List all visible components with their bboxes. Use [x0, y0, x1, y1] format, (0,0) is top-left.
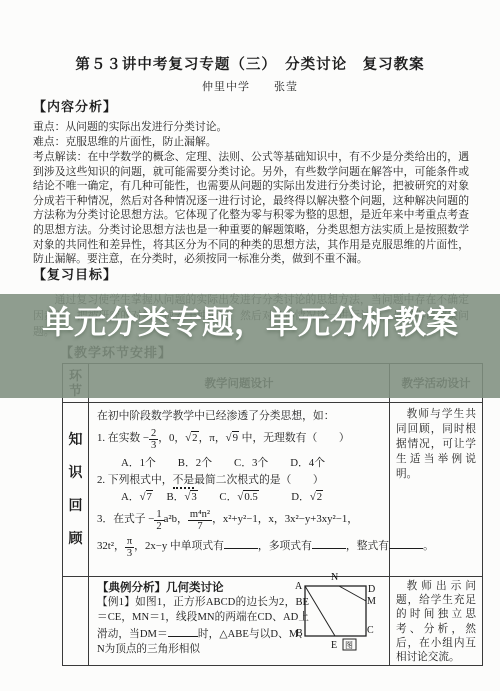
fill-in-blank	[224, 537, 258, 549]
label-N: N	[331, 572, 338, 583]
lesson-plan-document: 第５３讲中考复习专题（三） 分类讨论 复习教案 仲里中学 张莹 【内容分析】 重…	[0, 0, 500, 691]
question-line: 2. 下列根式中，不是最简二次根式的是（ ）	[97, 472, 381, 488]
watermark-text: 单元分类专题，单元分析教案	[0, 297, 500, 343]
stage-cell: 知识回顾	[63, 403, 89, 577]
text-segment: 2. 下列根式中，	[97, 474, 173, 486]
text-segment: ，2x−y 中单项式有	[134, 540, 224, 552]
question-line: 32t²，π3，2x−y 中单项式有，多项式有，整式有。	[97, 536, 381, 559]
difficulty-line: 难点：克服思维的片面性，防止漏解。	[33, 135, 469, 150]
stage-char: 知	[69, 424, 83, 457]
stage-cell-empty	[63, 577, 89, 666]
key-point-line: 重点：从问题的实际出发进行分类讨论。	[33, 120, 469, 135]
text-segment: ，0，	[158, 432, 185, 444]
fill-in-blank	[168, 625, 198, 637]
fraction: 23	[149, 428, 158, 451]
question-line: A．1个B．2个C．3个D．4个	[97, 455, 381, 471]
text-segment: 在初中阶段数学教学中已经渗透了分类思想，如：	[97, 410, 335, 422]
text-segment: 最简二次根式的是（ ）	[194, 474, 324, 486]
fraction: π3	[125, 536, 134, 559]
emphasized-text: 不是	[173, 474, 195, 489]
example-body: 【例1】如图1，正方形ABCD的边长为2，BE＝CE，MN＝1，线段MN的两端在…	[97, 596, 309, 657]
square-root: √2	[185, 431, 198, 444]
text-segment: ，x²+y²−1，x，3x²−y+3xy²−1，	[212, 513, 358, 525]
square-root: √9	[226, 431, 239, 444]
text-segment: a²b，	[164, 513, 188, 525]
question-lines: 在初中阶段数学教学中已经渗透了分类思想，如：1. 在实数 −23，0，√2，π，…	[97, 408, 381, 559]
segment-AE	[305, 586, 335, 636]
text-segment: ，π，	[199, 432, 226, 444]
question-line: 1. 在实数 −23，0，√2，π，√9 中，无理数有（ ）	[97, 428, 381, 451]
label-E: E	[331, 640, 337, 651]
fraction: m⁴n²7	[188, 509, 212, 532]
square-root: √0.5	[237, 490, 258, 503]
text-segment: D．4个	[290, 457, 325, 469]
segment-NM	[339, 586, 366, 601]
fill-in-blank	[312, 537, 346, 549]
label-D: D	[368, 584, 375, 595]
stage-char: 顾	[69, 523, 83, 556]
heading-review-goal: 【复习目标】	[33, 264, 117, 283]
text-segment: B．	[153, 491, 185, 503]
square-root: √2	[310, 490, 323, 503]
geometry-figure: A N D M B C E 图	[293, 569, 387, 655]
text-segment: A．	[121, 491, 140, 503]
text-segment: 3．在式子 −	[97, 513, 154, 525]
fraction: 12	[154, 509, 163, 532]
image-placeholder-glyph: 图	[345, 641, 353, 650]
fill-in-blank	[389, 537, 423, 549]
heading-content-analysis: 【内容分析】	[33, 96, 117, 115]
text-segment: 中，无理数有（ ）	[239, 432, 350, 444]
table-row-knowledge-review: 知识回顾 在初中阶段数学教学中已经渗透了分类思想，如：1. 在实数 −23，0，…	[63, 403, 483, 577]
text-segment: 。	[423, 540, 434, 552]
text-segment: ，整式有	[346, 540, 389, 552]
square-ABCD	[305, 586, 366, 636]
text-segment: A．1个	[121, 457, 156, 469]
stage-char: 回	[69, 490, 83, 523]
document-subtitle: 仲里中学 张莹	[0, 78, 500, 94]
text-segment: D．	[259, 491, 310, 503]
question-line: 3．在式子 −12a²b，m⁴n²7，x²+y²−1，x，3x²−y+3xy²−…	[97, 509, 381, 532]
text-segment: C．3个	[234, 457, 268, 469]
teaching-plan-table: 环节 教学问题设计 教学活动设计 知识回顾 在初中阶段数学教学中已经渗透了分类思…	[62, 363, 483, 666]
activity-cell: 教师与学生共同回顾，同时根据情况，可让学生适当举例说明。	[390, 403, 483, 577]
label-B: B	[296, 628, 303, 639]
label-M: M	[367, 596, 376, 607]
document-title: 第５３讲中考复习专题（三） 分类讨论 复习教案	[0, 53, 500, 74]
stage-char: 识	[69, 457, 83, 490]
square-root: √7	[140, 490, 153, 503]
activity-text: 教师与学生共同回顾，同时根据情况，可让学生适当举例说明。	[396, 407, 476, 482]
activity-text: 教师出示问题，给学生充足的时间独立思考、分析，然后，在小组内互相讨论交流。	[396, 580, 476, 665]
text-segment: 1. 在实数 −	[97, 432, 149, 444]
stage-label-vertical: 知识回顾	[63, 403, 88, 576]
question-line: A．√7 B．√3 C．√0.5 D．√2	[97, 489, 381, 505]
text-segment: 32t²，	[97, 540, 125, 552]
question-line: 在初中阶段数学教学中已经渗透了分类思想，如：	[97, 408, 381, 424]
label-C: C	[367, 625, 374, 636]
text-segment: B．2个	[178, 457, 212, 469]
square-root: √3	[184, 490, 197, 503]
text-segment: C．	[198, 491, 238, 503]
text-segment: ，多项式有	[258, 540, 312, 552]
question-cell: 在初中阶段数学教学中已经渗透了分类思想，如：1. 在实数 −23，0，√2，π，…	[89, 403, 390, 577]
activity-cell-2: 教师出示问题，给学生充足的时间独立思考、分析，然后，在小组内互相讨论交流。	[390, 577, 483, 666]
label-A: A	[295, 581, 303, 592]
exam-points-paragraph: 考点解读：在中学数学的概念、定理、法则、公式等基础知识中，有不少是分类给出的，遇…	[33, 150, 469, 267]
table-row-example-analysis: 【典例分析】几何类讨论 【例1】如图1，正方形ABCD的边长为2，BE＝CE，M…	[63, 577, 483, 666]
